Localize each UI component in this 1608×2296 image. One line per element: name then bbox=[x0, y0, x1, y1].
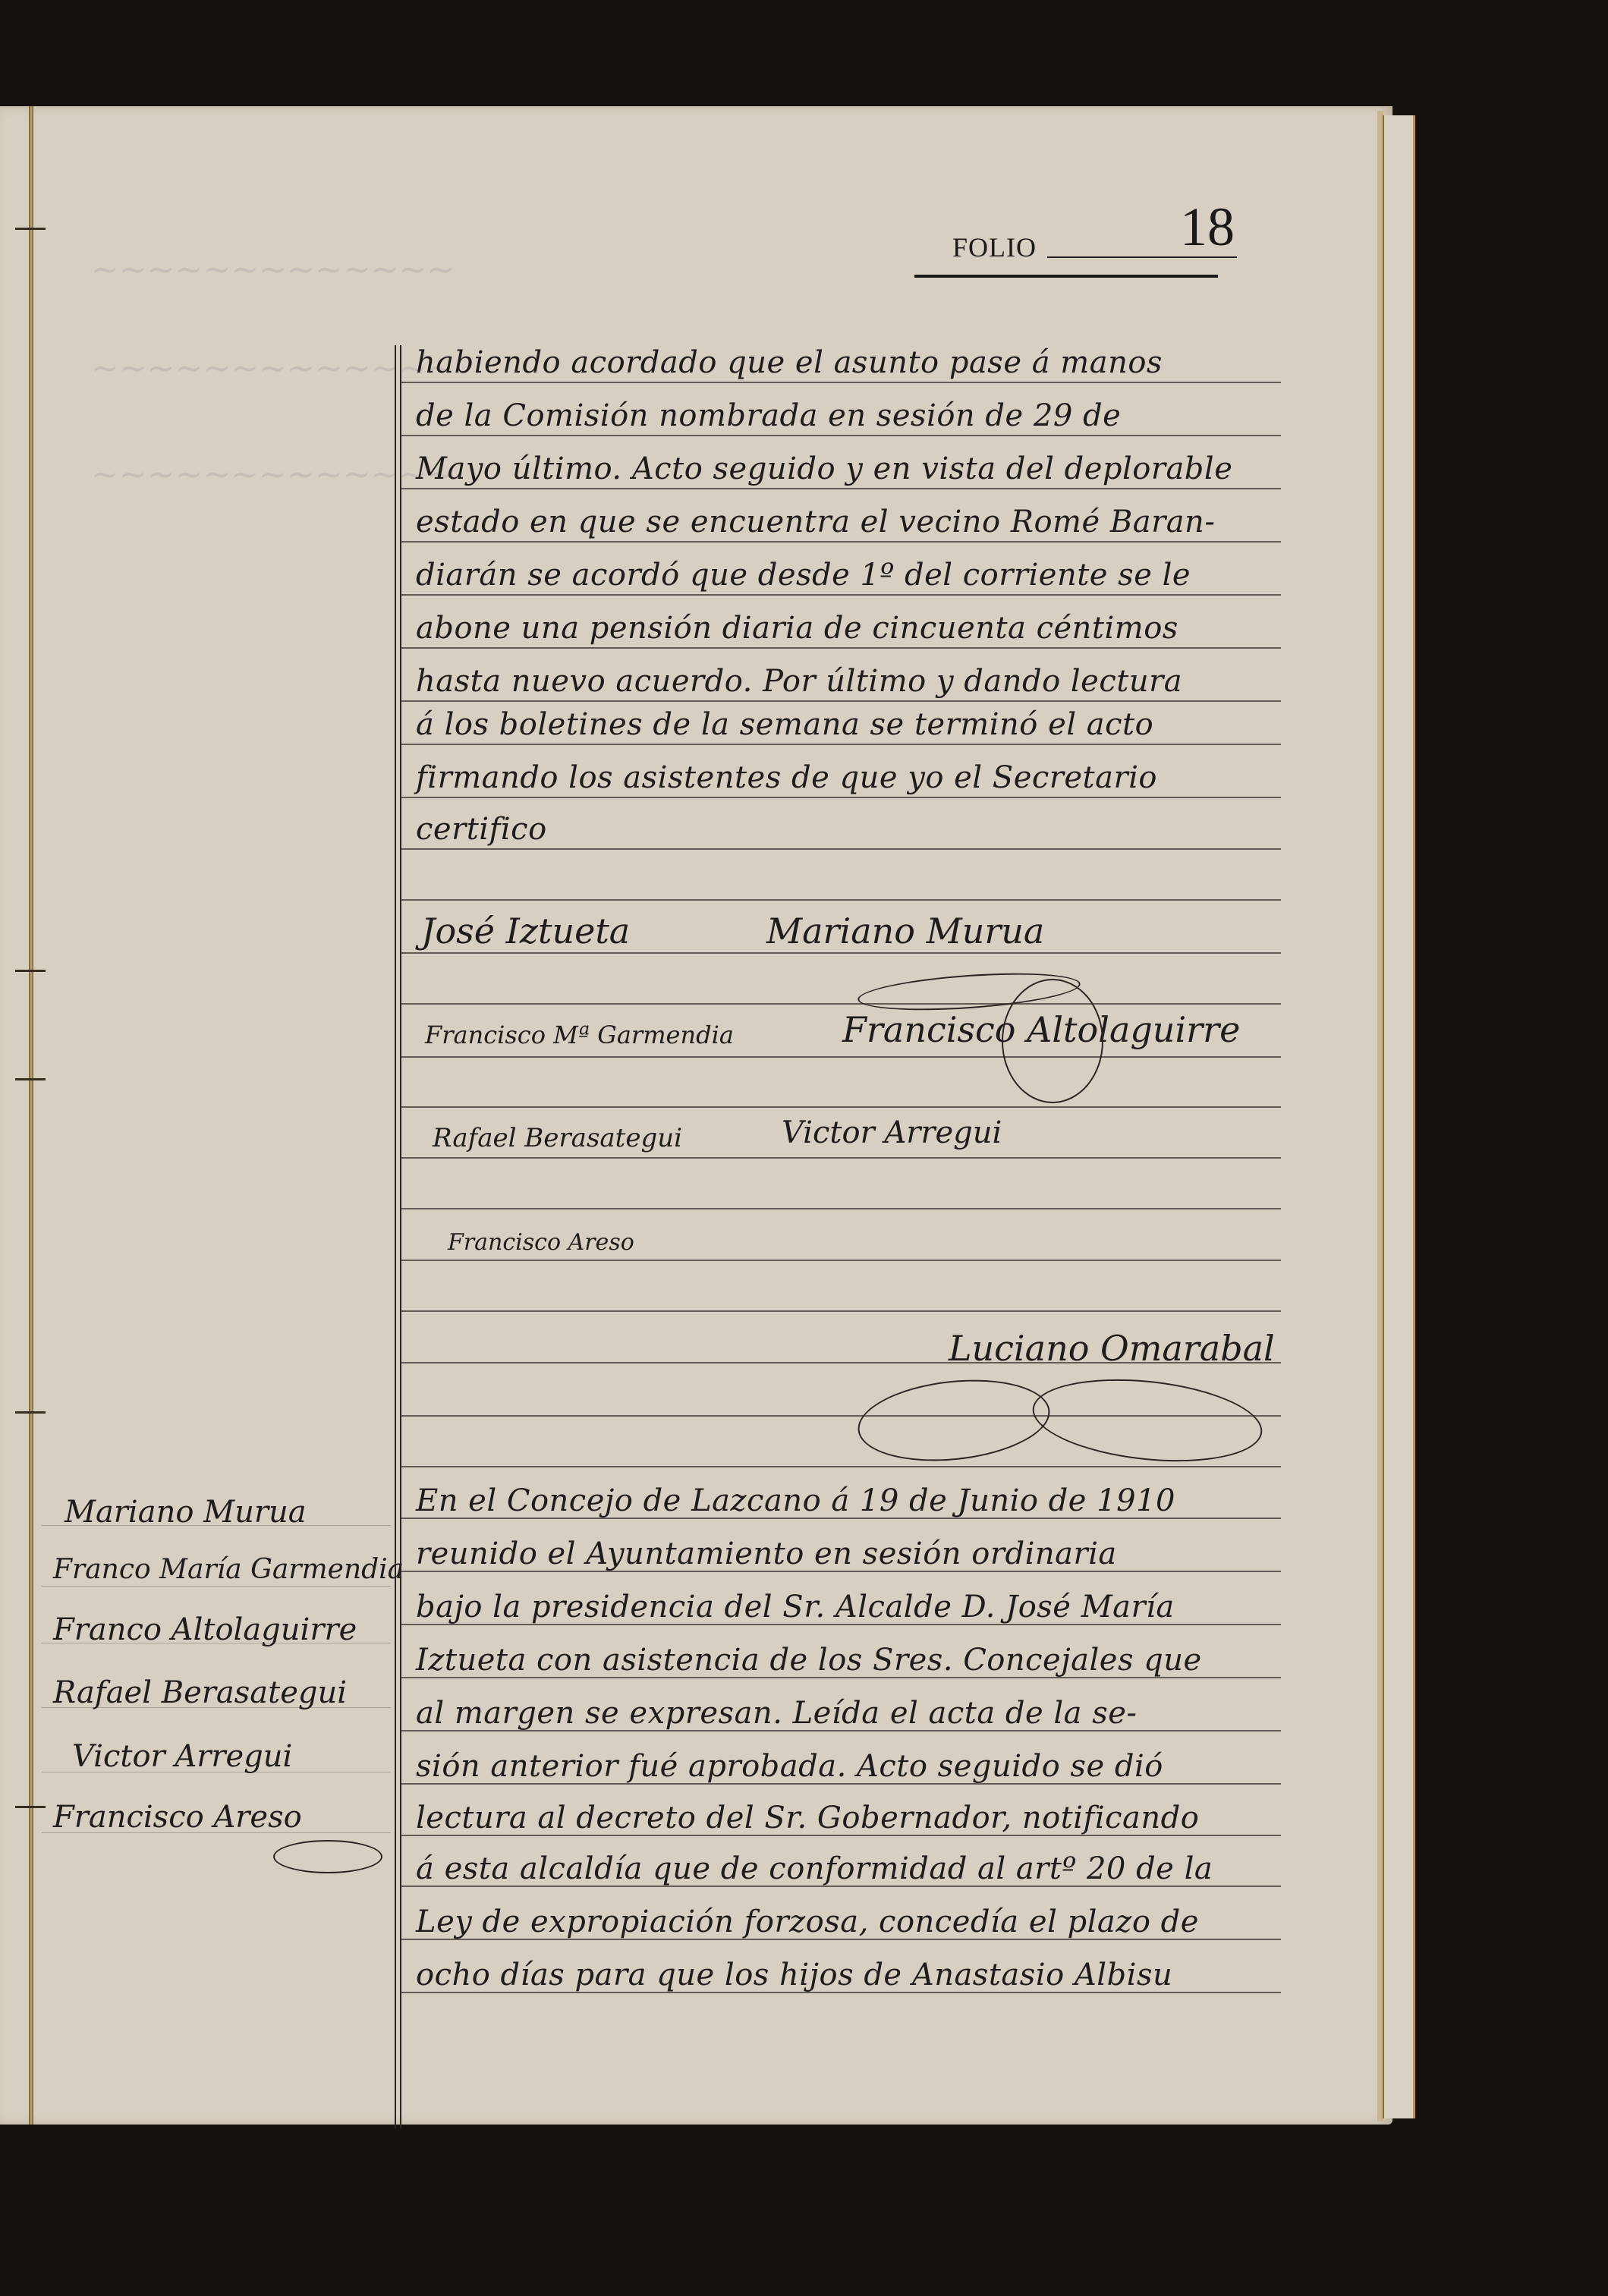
text-line: Mayo último. Acto seguido y en vista del… bbox=[416, 451, 1232, 486]
text-line: bajo la presidencia del Sr. Alcalde D. J… bbox=[416, 1590, 1175, 1624]
binding-stitch bbox=[15, 1078, 46, 1080]
ruled-line bbox=[401, 382, 1281, 383]
margin-attendee: Rafael Berasategui bbox=[53, 1675, 347, 1710]
text-line: á los boletines de la semana se terminó … bbox=[416, 707, 1153, 742]
text-line: sión anterior fué aprobada. Acto seguido… bbox=[416, 1749, 1163, 1784]
ruled-line bbox=[401, 1106, 1281, 1108]
text-line: lectura al decreto del Sr. Gobernador, n… bbox=[416, 1801, 1199, 1835]
binding-stitch bbox=[15, 228, 46, 230]
ruled-line bbox=[401, 1157, 1281, 1159]
signature: Victor Arregui bbox=[782, 1115, 1002, 1150]
text-line: al margen se expresan. Leída el acta de … bbox=[416, 1696, 1137, 1731]
signature: Francisco Mª Garmendia bbox=[425, 1021, 734, 1049]
ruled-line bbox=[401, 541, 1281, 543]
text-line: reunido el Ayuntamiento en sesión ordina… bbox=[416, 1536, 1117, 1571]
text-line: abone una pensión diaria de cincuenta cé… bbox=[416, 611, 1178, 646]
ruled-line bbox=[401, 848, 1281, 850]
text-line: diarán se acordó que desde 1º del corrie… bbox=[416, 558, 1191, 593]
text-line: certifico bbox=[416, 812, 547, 847]
text-line: En el Concejo de Lazcano á 19 de Junio d… bbox=[416, 1483, 1175, 1518]
header-rule bbox=[914, 275, 1218, 278]
margin-ruled-line bbox=[42, 1586, 391, 1587]
margin-attendee: Victor Arregui bbox=[72, 1739, 292, 1774]
ruled-line bbox=[401, 899, 1281, 901]
folio-label: FOLIO bbox=[952, 231, 1037, 263]
binding-stitch bbox=[15, 970, 46, 972]
margin-flourish bbox=[273, 1840, 382, 1873]
signature-flourish bbox=[1002, 979, 1103, 1103]
text-line: Iztueta con asistencia de los Sres. Conc… bbox=[416, 1643, 1202, 1678]
text-line: Ley de expropiación forzosa, concedía el… bbox=[416, 1904, 1199, 1939]
binding-stitch bbox=[15, 1411, 46, 1414]
ruled-line bbox=[401, 1466, 1281, 1467]
text-line: hasta nuevo acuerdo. Por último y dando … bbox=[416, 664, 1182, 699]
ruled-line bbox=[401, 1003, 1281, 1005]
text-line: de la Comisión nombrada en sesión de 29 … bbox=[416, 398, 1121, 433]
text-line: ocho días para que los hijos de Anastasi… bbox=[416, 1958, 1172, 1992]
ruled-line bbox=[401, 435, 1281, 436]
text-line: firmando los asistentes de que yo el Sec… bbox=[416, 760, 1157, 795]
ruled-line bbox=[401, 1310, 1281, 1312]
signature: Mariano Murua bbox=[766, 911, 1044, 951]
ruled-line bbox=[401, 952, 1281, 954]
ruled-line bbox=[401, 647, 1281, 649]
margin-rule bbox=[400, 345, 401, 2128]
secretary-signature: Luciano Omarabal bbox=[949, 1328, 1275, 1369]
text-line: á esta alcaldía que de conformidad al ar… bbox=[416, 1851, 1213, 1886]
ruled-line bbox=[401, 594, 1281, 596]
bleed-through-text: ~~~~~~~~~~~~~ bbox=[91, 250, 455, 289]
ruled-line bbox=[401, 1056, 1281, 1058]
margin-attendee: Francisco Areso bbox=[53, 1800, 302, 1835]
ruled-line bbox=[401, 797, 1281, 798]
folio-number: 18 bbox=[1180, 196, 1235, 259]
margin-rule bbox=[395, 345, 396, 2128]
ruled-line bbox=[401, 1208, 1281, 1209]
margin-attendee: Franco Altolaguirre bbox=[53, 1612, 357, 1647]
margin-attendee: Mariano Murua bbox=[65, 1495, 307, 1530]
binding-stitch bbox=[15, 1806, 46, 1808]
ruled-line bbox=[401, 1260, 1281, 1261]
signature: José Iztueta bbox=[421, 911, 630, 951]
ruled-line bbox=[401, 488, 1281, 489]
text-line: estado en que se encuentra el vecino Rom… bbox=[416, 505, 1215, 539]
text-line: habiendo acordado que el asunto pase á m… bbox=[416, 345, 1163, 380]
signature: Rafael Berasategui bbox=[433, 1123, 682, 1153]
ruled-line bbox=[401, 700, 1281, 702]
ruled-line bbox=[401, 744, 1281, 745]
page-fore-edge bbox=[1383, 115, 1415, 2118]
margin-attendee: Franco María Garmendia bbox=[53, 1554, 404, 1585]
book-gutter bbox=[29, 106, 33, 2125]
signature: Francisco Areso bbox=[448, 1229, 634, 1256]
